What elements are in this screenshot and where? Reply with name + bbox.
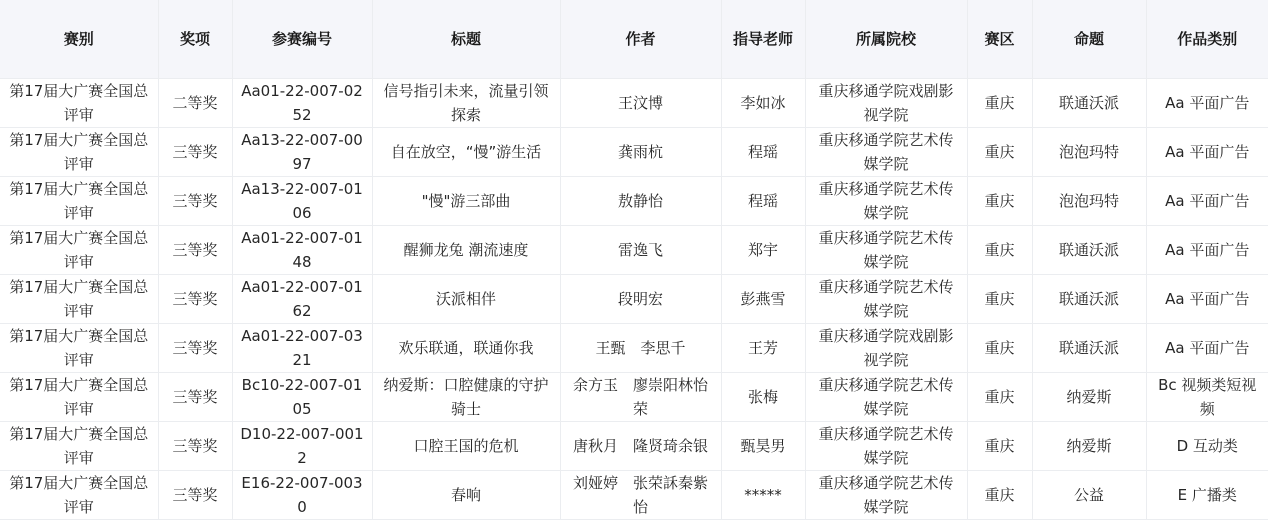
awards-table: 赛别 奖项 参赛编号 标题 作者 指导老师 所属院校 赛区 命题 作品类别 第1…: [0, 0, 1268, 520]
cell-region: 重庆: [967, 225, 1032, 274]
cell-region: 重庆: [967, 372, 1032, 421]
cell-competition: 第17届大广赛全国总评审: [0, 225, 158, 274]
cell-region: 重庆: [967, 421, 1032, 470]
header-row: 赛别 奖项 参赛编号 标题 作者 指导老师 所属院校 赛区 命题 作品类别: [0, 0, 1268, 78]
cell-advisor: 彭燕雪: [721, 274, 805, 323]
cell-title: 沃派相伴: [372, 274, 560, 323]
cell-topic: 联通沃派: [1032, 78, 1146, 127]
cell-topic: 公益: [1032, 470, 1146, 519]
cell-competition: 第17届大广赛全国总评审: [0, 421, 158, 470]
cell-school: 重庆移通学院艺术传媒学院: [805, 176, 967, 225]
cell-entry-id: Aa01-22-007-0148: [232, 225, 372, 274]
cell-author: 雷逸飞: [560, 225, 721, 274]
cell-author: 敖静怡: [560, 176, 721, 225]
cell-category: D 互动类: [1146, 421, 1268, 470]
cell-topic: 泡泡玛特: [1032, 127, 1146, 176]
header-region: 赛区: [967, 0, 1032, 78]
cell-school: 重庆移通学院艺术传媒学院: [805, 225, 967, 274]
cell-competition: 第17届大广赛全国总评审: [0, 274, 158, 323]
table-header: 赛别 奖项 参赛编号 标题 作者 指导老师 所属院校 赛区 命题 作品类别: [0, 0, 1268, 78]
cell-entry-id: E16-22-007-0030: [232, 470, 372, 519]
cell-award: 三等奖: [158, 274, 232, 323]
cell-school: 重庆移通学院艺术传媒学院: [805, 470, 967, 519]
cell-school: 重庆移通学院艺术传媒学院: [805, 372, 967, 421]
cell-region: 重庆: [967, 470, 1032, 519]
cell-school: 重庆移通学院戏剧影视学院: [805, 323, 967, 372]
cell-author: 王汶博: [560, 78, 721, 127]
cell-competition: 第17届大广赛全国总评审: [0, 372, 158, 421]
cell-entry-id: Aa13-22-007-0097: [232, 127, 372, 176]
cell-title: 信号指引未来，流量引领探索: [372, 78, 560, 127]
cell-category: Aa 平面广告: [1146, 274, 1268, 323]
cell-award: 三等奖: [158, 176, 232, 225]
cell-advisor: 程瑶: [721, 176, 805, 225]
header-topic: 命题: [1032, 0, 1146, 78]
cell-school: 重庆移通学院艺术传媒学院: [805, 274, 967, 323]
table-row: 第17届大广赛全国总评审 三等奖 Aa01-22-007-0162 沃派相伴 段…: [0, 274, 1268, 323]
header-advisor: 指导老师: [721, 0, 805, 78]
cell-advisor: 李如冰: [721, 78, 805, 127]
table-row: 第17届大广赛全国总评审 三等奖 Aa01-22-007-0148 醒狮龙兔 潮…: [0, 225, 1268, 274]
header-award: 奖项: [158, 0, 232, 78]
cell-advisor: 张梅: [721, 372, 805, 421]
table-row: 第17届大广赛全国总评审 二等奖 Aa01-22-007-0252 信号指引未来…: [0, 78, 1268, 127]
header-title: 标题: [372, 0, 560, 78]
cell-advisor: 甄昊男: [721, 421, 805, 470]
cell-title: 纳爱斯：口腔健康的守护骑士: [372, 372, 560, 421]
table-row: 第17届大广赛全国总评审 三等奖 Bc10-22-007-0105 纳爱斯：口腔…: [0, 372, 1268, 421]
cell-region: 重庆: [967, 323, 1032, 372]
cell-author: 余方玉 廖崇阳林怡荣: [560, 372, 721, 421]
header-author: 作者: [560, 0, 721, 78]
cell-title: 欢乐联通，联通你我: [372, 323, 560, 372]
cell-school: 重庆移通学院艺术传媒学院: [805, 127, 967, 176]
cell-category: Aa 平面广告: [1146, 127, 1268, 176]
cell-author: 王甄 李思千: [560, 323, 721, 372]
table-row: 第17届大广赛全国总评审 三等奖 Aa13-22-007-0106 "慢"游三部…: [0, 176, 1268, 225]
cell-author: 唐秋月 隆贤琦余银: [560, 421, 721, 470]
cell-title: 口腔王国的危机: [372, 421, 560, 470]
cell-region: 重庆: [967, 127, 1032, 176]
table-body: 第17届大广赛全国总评审 二等奖 Aa01-22-007-0252 信号指引未来…: [0, 78, 1268, 519]
cell-competition: 第17届大广赛全国总评审: [0, 323, 158, 372]
cell-category: Aa 平面广告: [1146, 323, 1268, 372]
cell-entry-id: D10-22-007-0012: [232, 421, 372, 470]
cell-entry-id: Aa13-22-007-0106: [232, 176, 372, 225]
cell-title: 醒狮龙兔 潮流速度: [372, 225, 560, 274]
cell-category: Aa 平面广告: [1146, 176, 1268, 225]
header-school: 所属院校: [805, 0, 967, 78]
cell-competition: 第17届大广赛全国总评审: [0, 470, 158, 519]
cell-entry-id: Aa01-22-007-0252: [232, 78, 372, 127]
table-row: 第17届大广赛全国总评审 三等奖 Aa01-22-007-0321 欢乐联通，联…: [0, 323, 1268, 372]
cell-competition: 第17届大广赛全国总评审: [0, 176, 158, 225]
cell-region: 重庆: [967, 274, 1032, 323]
cell-topic: 纳爱斯: [1032, 372, 1146, 421]
cell-title: 自在放空，“慢”游生活: [372, 127, 560, 176]
cell-category: E 广播类: [1146, 470, 1268, 519]
header-category: 作品类别: [1146, 0, 1268, 78]
cell-award: 三等奖: [158, 372, 232, 421]
cell-award: 三等奖: [158, 225, 232, 274]
cell-topic: 联通沃派: [1032, 274, 1146, 323]
cell-topic: 联通沃派: [1032, 225, 1146, 274]
cell-award: 三等奖: [158, 127, 232, 176]
cell-title: "慢"游三部曲: [372, 176, 560, 225]
cell-competition: 第17届大广赛全国总评审: [0, 78, 158, 127]
cell-title: 春响: [372, 470, 560, 519]
cell-entry-id: Aa01-22-007-0162: [232, 274, 372, 323]
cell-topic: 纳爱斯: [1032, 421, 1146, 470]
cell-advisor: *****: [721, 470, 805, 519]
header-entry-id: 参赛编号: [232, 0, 372, 78]
cell-topic: 联通沃派: [1032, 323, 1146, 372]
cell-advisor: 郑宇: [721, 225, 805, 274]
cell-award: 三等奖: [158, 421, 232, 470]
cell-advisor: 王芳: [721, 323, 805, 372]
cell-region: 重庆: [967, 176, 1032, 225]
cell-category: Aa 平面广告: [1146, 78, 1268, 127]
cell-award: 二等奖: [158, 78, 232, 127]
cell-author: 刘娅婷 张荣訸秦紫怡: [560, 470, 721, 519]
cell-entry-id: Bc10-22-007-0105: [232, 372, 372, 421]
cell-category: Bc 视频类短视频: [1146, 372, 1268, 421]
cell-school: 重庆移通学院艺术传媒学院: [805, 421, 967, 470]
cell-competition: 第17届大广赛全国总评审: [0, 127, 158, 176]
cell-author: 龚雨杭: [560, 127, 721, 176]
cell-advisor: 程瑶: [721, 127, 805, 176]
table-row: 第17届大广赛全国总评审 三等奖 E16-22-007-0030 春响 刘娅婷 …: [0, 470, 1268, 519]
cell-award: 三等奖: [158, 323, 232, 372]
cell-region: 重庆: [967, 78, 1032, 127]
table-row: 第17届大广赛全国总评审 三等奖 Aa13-22-007-0097 自在放空，“…: [0, 127, 1268, 176]
header-competition: 赛别: [0, 0, 158, 78]
cell-topic: 泡泡玛特: [1032, 176, 1146, 225]
cell-school: 重庆移通学院戏剧影视学院: [805, 78, 967, 127]
cell-award: 三等奖: [158, 470, 232, 519]
cell-entry-id: Aa01-22-007-0321: [232, 323, 372, 372]
table-row: 第17届大广赛全国总评审 三等奖 D10-22-007-0012 口腔王国的危机…: [0, 421, 1268, 470]
cell-category: Aa 平面广告: [1146, 225, 1268, 274]
cell-author: 段明宏: [560, 274, 721, 323]
